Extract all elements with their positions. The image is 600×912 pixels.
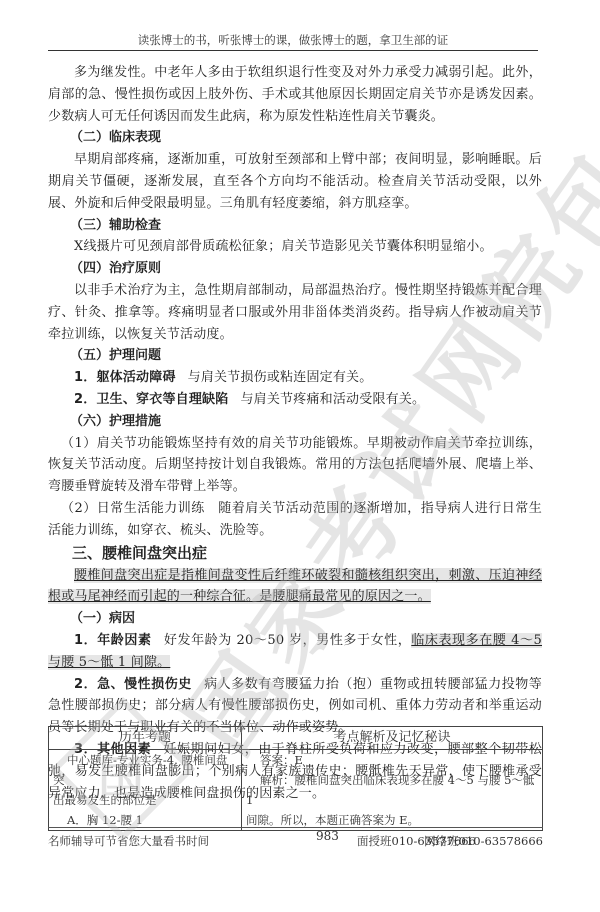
document-page: 读张博士的书，听张博士的课，做张博士的题，拿卫生部的证 多为继发性。中老年人多由… — [0, 0, 600, 912]
highlighted-definition: 腰椎间盘突出症是指椎间盘变性后纤维环破裂和髓核组织突出，刺激、压迫神经根或马尾神… — [48, 568, 542, 605]
page-body: 多为继发性。中老年人多由于软组织退行性变及对外力承受力减弱引起。此外，肩部的急、… — [48, 62, 542, 804]
section-heading-etiology: （一）病因 — [48, 608, 542, 630]
question-line: 中心题库-专业实务-4. 腰椎间盘突 — [53, 750, 237, 790]
answer-line: 答案：E — [246, 750, 538, 770]
exam-question-table: 历年考题 考点解析及记忆秘诀 中心题库-专业实务-4. 腰椎间盘突 出最易发生的… — [48, 726, 543, 831]
nursing-measure-item: （1）肩关节功能锻炼坚持有效的肩关节功能锻炼。早期被动作肩关节牵拉训练，恢复关节… — [48, 433, 542, 498]
footer-slogan: 名师辅导可节省您大量看书时间 — [48, 833, 209, 849]
section-heading-aux-exam: （三）辅助检查 — [48, 215, 542, 237]
nursing-problem-item: 1．躯体活动障碍与肩关节损伤或粘连固定有关。 — [48, 367, 542, 389]
etiology-label: 2．急、慢性损伤史 — [74, 677, 192, 692]
etiology-text: 好发年龄为 20～50 岁，男性多于女性， — [164, 633, 412, 648]
table-row: 中心题库-专业实务-4. 腰椎间盘突 出最易发生的部位是 A．胸 12-腰 1 … — [49, 750, 543, 831]
column-header-past-questions: 历年考题 — [49, 727, 242, 750]
nursing-measure-item: （2）日常生活能力训练 随着肩关节活动范围的逐渐增加，指导病人进行日常生活能力训… — [48, 498, 542, 542]
aux-exam-paragraph: X线摄片可见颈肩部骨质疏松征象；肩关节造影见关节囊体积明显缩小。 — [48, 236, 542, 258]
nursing-problem-item: 2．卫生、穿衣等自理缺陷与肩关节疼痛和活动受限有关。 — [48, 389, 542, 411]
clinical-paragraph: 早期肩部疼痛，逐渐加重，可放射至颈部和上臂中部；夜间明显，影响睡眠。后期肩关节僵… — [48, 149, 542, 214]
page-number: 983 — [316, 829, 339, 843]
section-heading-treatment: （四）治疗原则 — [48, 258, 542, 280]
etiology-item: 1．年龄因素好发年龄为 20～50 岁，男性多于女性，临床表现多在腰 4～5 与… — [48, 630, 542, 674]
intro-paragraph: 多为继发性。中老年人多由于软组织退行性变及对外力承受力减弱引起。此外，肩部的急、… — [48, 62, 542, 127]
footer-online-class-phone: 网络班010-63578666 — [424, 833, 543, 849]
column-header-analysis: 考点解析及记忆秘诀 — [242, 727, 543, 750]
etiology-label: 1．年龄因素 — [74, 633, 152, 648]
section-heading-nursing-problems: （五）护理问题 — [48, 345, 542, 367]
nursing-problem-label: 1．躯体活动障碍 — [74, 370, 176, 385]
table-header-row: 历年考题 考点解析及记忆秘诀 — [49, 727, 543, 750]
analysis-cell: 答案：E 解析：腰椎间盘突出临床表现多在腰 4～5 与腰 5～骶 1 间隙。所以… — [242, 750, 543, 831]
analysis-line: 解析：腰椎间盘突出临床表现多在腰 4～5 与腰 5～骶 1 — [246, 770, 538, 810]
nursing-problem-text: 与肩关节损伤或粘连固定有关。 — [188, 370, 373, 385]
page-footer: 名师辅导可节省您大量看书时间 983 面授班010-63577666 网络班01… — [48, 827, 543, 850]
lumbar-disc-definition: 腰椎间盘突出症是指椎间盘变性后纤维环破裂和髓核组织突出，刺激、压迫神经根或马尾神… — [48, 565, 542, 609]
question-line: 出最易发生的部位是 — [53, 790, 237, 810]
section-heading-clinical: （二）临床表现 — [48, 127, 542, 149]
nursing-problem-label: 2．卫生、穿衣等自理缺陷 — [74, 392, 228, 407]
section-heading-nursing-measures: （六）护理措施 — [48, 411, 542, 433]
treatment-paragraph: 以非手术治疗为主，急性期肩部制动，局部温热治疗。慢性期坚持锻炼并配合理疗、针灸、… — [48, 280, 542, 345]
nursing-problem-text: 与肩关节疼痛和活动受限有关。 — [240, 392, 425, 407]
question-cell: 中心题库-专业实务-4. 腰椎间盘突 出最易发生的部位是 A．胸 12-腰 1 — [49, 750, 242, 831]
chapter-heading-lumbar-disc: 三、腰椎间盘突出症 — [48, 542, 542, 565]
running-header: 读张博士的书，听张博士的课，做张博士的题，拿卫生部的证 — [48, 32, 538, 51]
